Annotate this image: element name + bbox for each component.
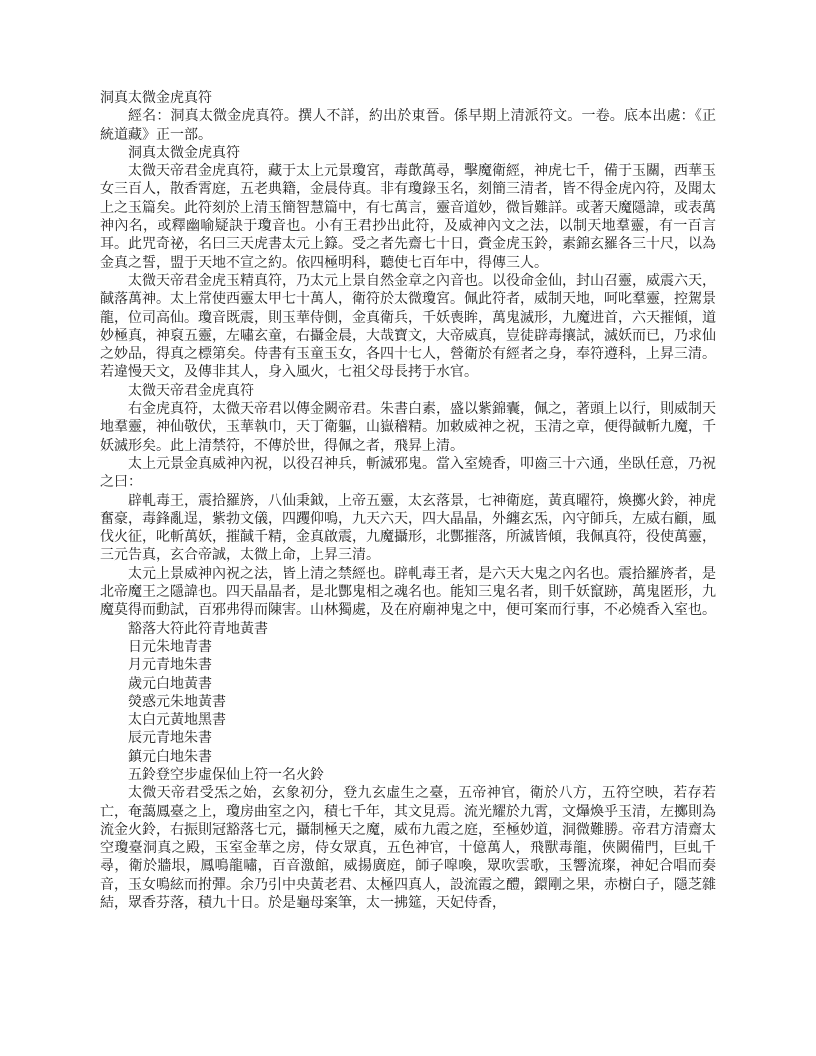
section-heading: 太微天帝君金虎真符 <box>100 383 716 401</box>
bibliographic-note: 經名：洞真太微金虎真符。撰人不詳，約出於東晉。係早期上清派符文。一卷。底本出處：… <box>100 108 716 145</box>
paragraph: 太微天帝君金虎真符，藏于太上元景瓊宮，毒歕萬尋，擊魔衛經，神虎七千，備于玉關，西… <box>100 163 716 273</box>
doc-title: 洞真太微金虎真符 <box>100 90 716 108</box>
talisman-line: 太白元黃地黑書 <box>100 712 716 730</box>
talisman-line: 月元青地朱書 <box>100 657 716 675</box>
paragraph: 太上元景金真威神內祝，以役召神兵，斬滅邪鬼。當入室燒香，叩齒三十六通，坐臥任意，… <box>100 456 716 493</box>
talisman-line: 辰元青地朱書 <box>100 730 716 748</box>
talisman-line: 日元朱地青書 <box>100 639 716 657</box>
talisman-line: 熒惑元朱地黃書 <box>100 694 716 712</box>
incantation-paragraph: 辟軋毒王，震拾羅旍，八仙秉鉞，上帝五靈，太玄落景，七神衛庭，黃真曜符，煥擲火鈴，… <box>100 493 716 566</box>
document-page: 洞真太微金虎真符 經名：洞真太微金虎真符。撰人不詳，約出於東晉。係早期上清派符文… <box>0 0 816 1056</box>
section-heading: 洞真太微金虎真符 <box>100 145 716 163</box>
talisman-line: 豁落大符此符青地黃書 <box>100 621 716 639</box>
talisman-line: 歲元白地黃書 <box>100 676 716 694</box>
paragraph: 太元上景威神內祝之法，皆上清之禁經也。辟軋毒王者，是六天大鬼之內名也。震拾羅旍者… <box>100 566 716 621</box>
talisman-heading: 五鈴登空步虛保仙上符一名火鈴 <box>100 767 716 785</box>
talisman-line: 鎮元白地朱書 <box>100 749 716 767</box>
paragraph: 右金虎真符，太微天帝君以傳金闕帝君。朱書白素，盛以紫錦囊，佩之，著頭上以行，則威… <box>100 401 716 456</box>
paragraph: 太微天帝君金虎玉精真符，乃太元上景自然金章之內音也。以役命金仙，封山召靈，威震六… <box>100 273 716 383</box>
paragraph: 太微天帝君受炁之始，玄象初分，登九玄虛生之臺，五帝神官，衛於八方，五符空映，若存… <box>100 785 716 913</box>
